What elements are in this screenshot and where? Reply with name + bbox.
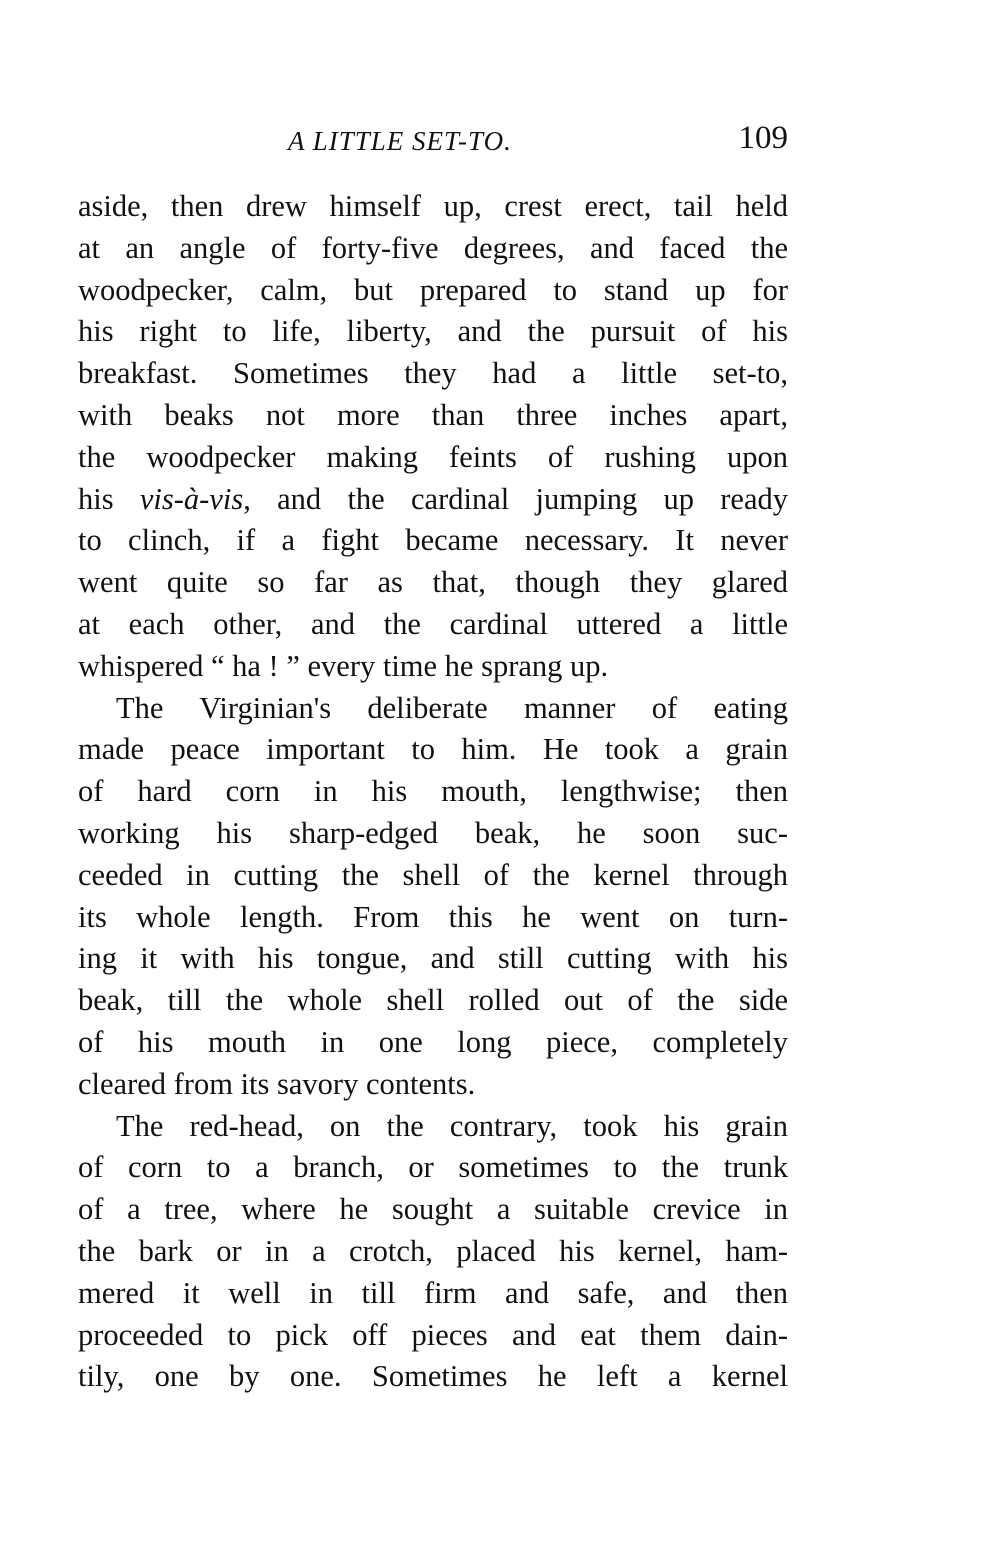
- paragraph-2: The Virginian's deliberate manner of eat…: [78, 688, 788, 1106]
- text-line: woodpecker, calm, but prepared to stand …: [78, 270, 788, 312]
- text-line: his vis-à-vis, and the cardinal jumping …: [78, 479, 788, 521]
- text-line: to clinch, if a fight became necessary. …: [78, 520, 788, 562]
- text-line: of his mouth in one long piece, complete…: [78, 1022, 788, 1064]
- text-line: aside, then drew himself up, crest erect…: [78, 186, 788, 228]
- text-line: with beaks not more than three inches ap…: [78, 395, 788, 437]
- text-line: made peace important to him. He took a g…: [78, 729, 788, 771]
- text-line: whispered “ ha ! ” every time he sprang …: [78, 646, 788, 688]
- text-line: The red-head, on the contrary, took his …: [78, 1106, 788, 1148]
- book-page: A LITTLE SET-TO. 109 aside, then drew hi…: [0, 0, 1000, 1553]
- text-line: beak, till the whole shell rolled out of…: [78, 980, 788, 1022]
- running-title: A LITTLE SET-TO.: [288, 126, 512, 157]
- text-line: at an angle of forty-five degrees, and f…: [78, 228, 788, 270]
- text-line: its whole length. From this he went on t…: [78, 897, 788, 939]
- running-head: A LITTLE SET-TO. 109: [78, 120, 788, 160]
- page-number: 109: [739, 120, 789, 157]
- text-line: went quite so far as that, though they g…: [78, 562, 788, 604]
- text-line: at each other, and the cardinal uttered …: [78, 604, 788, 646]
- text-line: of a tree, where he sought a suitable cr…: [78, 1189, 788, 1231]
- text-line: mered it well in till firm and safe, and…: [78, 1273, 788, 1315]
- text-line: the bark or in a crotch, placed his kern…: [78, 1231, 788, 1273]
- text-line: ceeded in cutting the shell of the kerne…: [78, 855, 788, 897]
- italic-phrase: vis-à-vis: [140, 482, 243, 516]
- text-line: working his sharp-edged beak, he soon su…: [78, 813, 788, 855]
- text-line: ing it with his tongue, and still cuttin…: [78, 938, 788, 980]
- text-line: of hard corn in his mouth, lengthwise; t…: [78, 771, 788, 813]
- text-line: the woodpecker making feints of rushing …: [78, 437, 788, 479]
- text-line: breakfast. Sometimes they had a little s…: [78, 353, 788, 395]
- body-text: aside, then drew himself up, crest erect…: [78, 186, 788, 1398]
- text-line: tily, one by one. Sometimes he left a ke…: [78, 1356, 788, 1398]
- paragraph-3: The red-head, on the contrary, took his …: [78, 1106, 788, 1399]
- text-line: his right to life, liberty, and the purs…: [78, 311, 788, 353]
- text-line: of corn to a branch, or sometimes to the…: [78, 1147, 788, 1189]
- text-line: proceeded to pick off pieces and eat the…: [78, 1315, 788, 1357]
- text-line: The Virginian's deliberate manner of eat…: [78, 688, 788, 730]
- paragraph-1: aside, then drew himself up, crest erect…: [78, 186, 788, 688]
- text-line: cleared from its savory contents.: [78, 1064, 788, 1106]
